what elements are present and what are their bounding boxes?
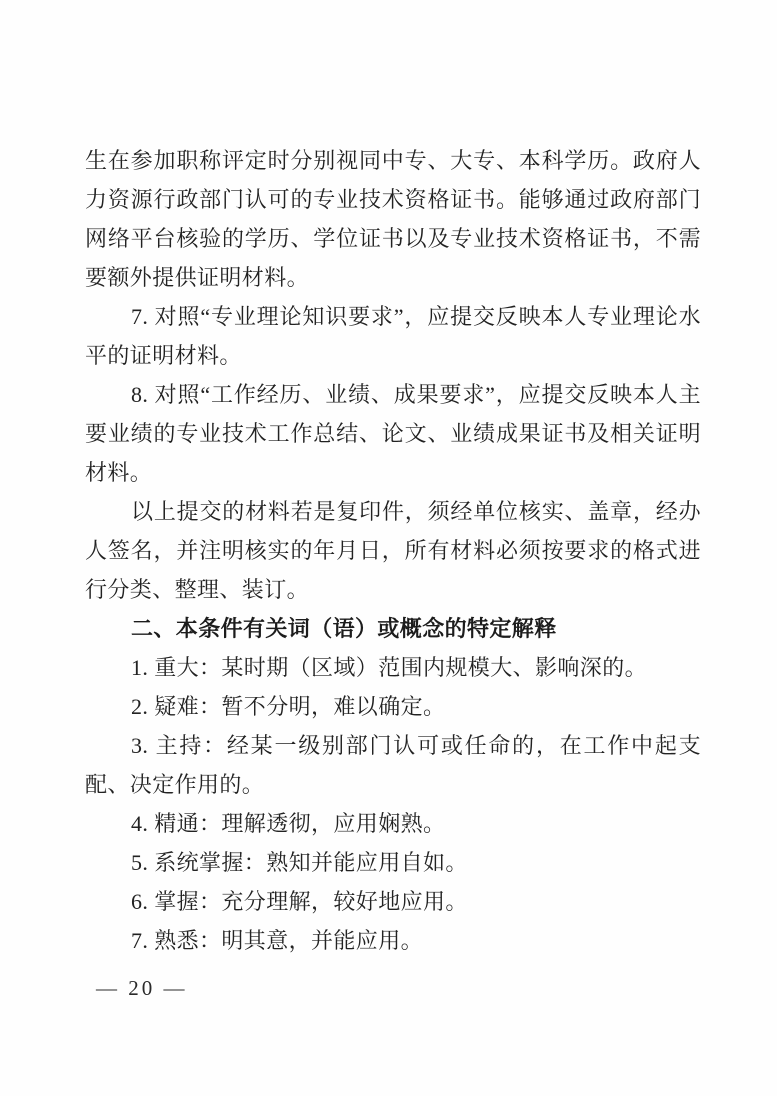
- paragraph-item-7: 7. 对照“专业理论知识要求”，应提交反映本人专业理论水平的证明材料。: [85, 297, 701, 375]
- paragraph-copy-verification: 以上提交的材料若是复印件，须经单位核实、盖章，经办人签名，并注明核实的年月日，所…: [85, 492, 701, 609]
- definition-item-2: 2. 疑难：暂不分明，难以确定。: [85, 687, 701, 726]
- document-body: 生在参加职称评定时分别视同中专、大专、本科学历。政府人力资源行政部门认可的专业技…: [85, 141, 701, 960]
- paragraph-item-8: 8. 对照“工作经历、业绩、成果要求”，应提交反映本人主要业绩的专业技术工作总结…: [85, 375, 701, 492]
- definition-item-5: 5. 系统掌握：熟知并能应用自如。: [85, 843, 701, 882]
- definition-item-4: 4. 精通：理解透彻，应用娴熟。: [85, 804, 701, 843]
- definition-item-6: 6. 掌握：充分理解，较好地应用。: [85, 882, 701, 921]
- definition-item-7: 7. 熟悉：明其意，并能应用。: [85, 921, 701, 960]
- document-page: 生在参加职称评定时分别视同中专、大专、本科学历。政府人力资源行政部门认可的专业技…: [0, 0, 777, 1096]
- section-heading: 二、本条件有关词（语）或概念的特定解释: [85, 609, 701, 648]
- definition-item-1: 1. 重大：某时期（区域）范围内规模大、影响深的。: [85, 648, 701, 687]
- definition-item-3: 3. 主持：经某一级别部门认可或任命的，在工作中起支配、决定作用的。: [85, 726, 701, 804]
- page-number: — 20 —: [96, 973, 188, 1003]
- paragraph-education-certificates: 生在参加职称评定时分别视同中专、大专、本科学历。政府人力资源行政部门认可的专业技…: [85, 141, 701, 297]
